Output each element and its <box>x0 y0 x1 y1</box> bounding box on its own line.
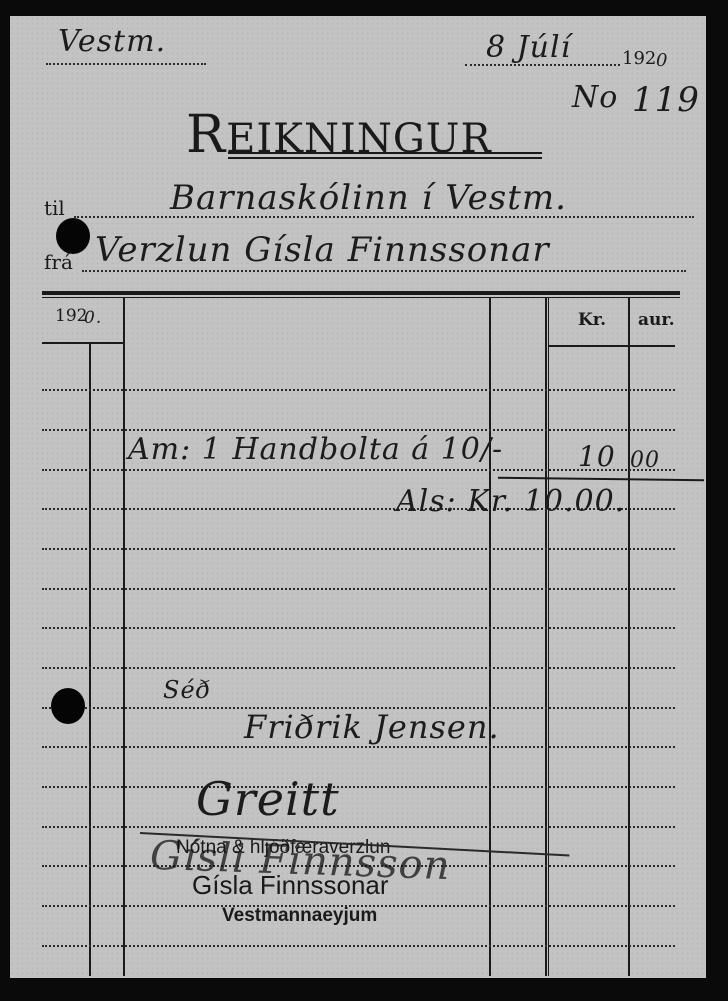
table-year-handwritten: 0. <box>84 308 102 328</box>
punch-hole-top <box>56 218 90 254</box>
row-line <box>42 945 675 947</box>
date-header-bottom-rule <box>42 342 124 344</box>
title-rest: EIKNINGUR <box>226 116 491 162</box>
to-label: til <box>44 196 65 220</box>
year-handwritten: 0 <box>656 50 668 71</box>
place-dotted-line <box>46 63 206 65</box>
title-underline <box>228 152 542 154</box>
invoice-number: 119 <box>632 80 700 120</box>
table-top-rule-thin <box>42 297 680 298</box>
table-top-rule-thick <box>42 291 680 295</box>
title-initial: R <box>186 105 226 165</box>
invoice-number-label: No <box>572 80 618 115</box>
row-line <box>42 667 675 669</box>
line-item-kr: 10 <box>578 440 616 473</box>
column-divider-amount-b <box>548 298 549 976</box>
column-divider-amount-a <box>545 298 547 976</box>
seen-label: Séð <box>163 676 211 704</box>
line-item-aur: 00 <box>630 448 660 473</box>
year-printed: 192 <box>622 48 656 69</box>
row-line <box>42 627 675 629</box>
row-line <box>42 548 675 550</box>
column-divider-kr-aur <box>628 298 630 976</box>
seen-signature: Friðrik Jensen. <box>244 708 500 746</box>
column-divider-date <box>89 344 91 976</box>
total-line: Als: Kr. 10.00. <box>396 484 625 519</box>
row-line <box>42 588 675 590</box>
kr-column-header: Kr. <box>578 310 606 330</box>
aur-column-header: aur. <box>638 310 675 330</box>
column-divider-description <box>123 298 125 976</box>
row-line <box>42 786 675 788</box>
place-handwritten: Vestm. <box>58 24 166 59</box>
from-dotted-line <box>82 270 686 272</box>
row-line <box>42 389 675 391</box>
row-line <box>42 746 675 748</box>
date-dotted-line <box>465 64 620 66</box>
date-handwritten: 8 Júlí <box>486 30 571 65</box>
title-underline-2 <box>228 157 542 159</box>
line-item-description: Am: 1 Handbolta á 10/- <box>128 432 503 467</box>
from-value: Verzlun Gísla Finnssonar <box>95 230 550 270</box>
to-value: Barnaskólinn í Vestm. <box>170 178 567 218</box>
row-line <box>42 826 675 828</box>
row-line <box>42 429 675 431</box>
amount-header-bottom-rule <box>549 345 675 347</box>
column-divider-extra <box>489 298 491 976</box>
approved-greitt: Greitt <box>196 772 340 826</box>
stamp-line-3: Vestmannaeyjum <box>222 905 377 927</box>
punch-hole-bottom <box>51 688 85 724</box>
document-title: REIKNINGUR <box>186 105 492 165</box>
table-year-header: 192 <box>55 306 87 326</box>
perforated-edge <box>10 12 706 20</box>
